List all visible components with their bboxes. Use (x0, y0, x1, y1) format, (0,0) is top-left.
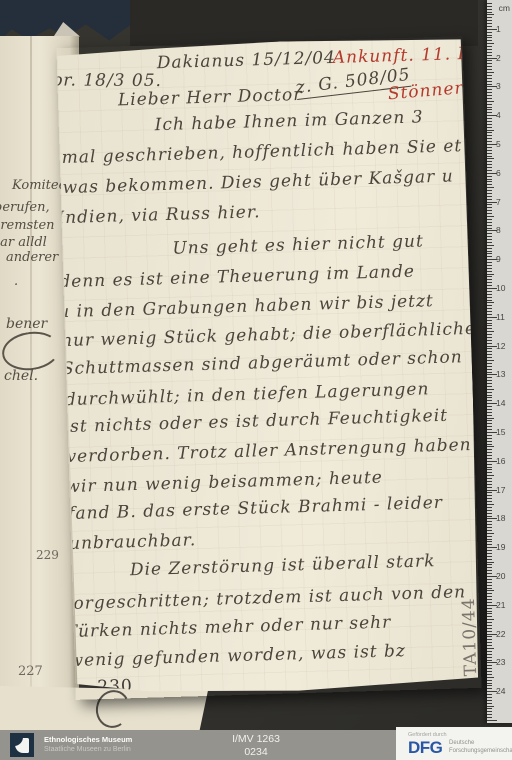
ruler-tick (487, 127, 492, 128)
ruler-tick (487, 49, 492, 50)
arrival-stamp: Ankunft. 11. Ⅲ 1905 (333, 42, 512, 68)
ruler-number: 20 (496, 571, 510, 581)
ruler-tick (487, 588, 492, 589)
ruler-tick (487, 17, 492, 18)
ruler-tick (487, 354, 492, 355)
handwriting-line: Komitee (12, 178, 66, 193)
ruler-number: 14 (496, 398, 510, 408)
ruler-tick (487, 585, 492, 586)
ruler-tick (487, 207, 492, 208)
ruler-tick (487, 72, 494, 73)
ruler-tick (487, 101, 494, 102)
ruler-tick (487, 711, 492, 712)
ruler-tick (487, 449, 492, 450)
ruler-tick (487, 268, 492, 269)
ruler-tick (487, 190, 492, 191)
ruler-tick (487, 216, 494, 217)
funder-name: Deutsche Forschungsgemeinschaft (449, 740, 512, 755)
ruler-tick (487, 253, 492, 254)
ruler-tick (487, 63, 492, 64)
handwriting-line: Die Zerstörung ist überall stark (130, 551, 436, 580)
ruler-tick (487, 43, 494, 44)
ruler-tick (487, 426, 492, 427)
ruler-tick (487, 599, 492, 600)
ruler-tick (487, 660, 492, 661)
ruler-number: 4 (496, 110, 510, 120)
ruler-tick (487, 516, 492, 517)
ruler-tick (487, 677, 494, 678)
ruler-tick (487, 458, 492, 459)
ruler-tick (487, 579, 492, 580)
handwriting-line: 229 (36, 548, 59, 562)
ruler-tick (487, 636, 492, 637)
ruler-tick (487, 377, 492, 378)
ruler-tick (487, 642, 492, 643)
ruler-tick (487, 475, 494, 476)
ruler-tick (487, 645, 492, 646)
handwriting-line: Uns geht es hier nicht gut (172, 231, 424, 258)
handwriting-line: fand B. das erste Stück Brahmi - leider (68, 493, 443, 524)
ruler-tick (487, 141, 492, 142)
ruler-tick (487, 98, 492, 99)
ruler-tick (487, 279, 492, 280)
ruler-tick (487, 32, 492, 33)
ruler-number: 5 (496, 139, 510, 149)
ruler-tick (487, 251, 492, 252)
ruler-tick (487, 654, 492, 655)
ruler-tick (487, 683, 492, 684)
ruler-tick (487, 708, 492, 709)
ruler-tick (487, 9, 492, 10)
ruler-tick (487, 248, 492, 249)
handwriting-line: wenig gefunden worden, was ist bz (68, 641, 406, 671)
handwriting-line: denn es ist eine Theuerung im Lande (59, 262, 415, 293)
ruler-tick (487, 631, 492, 632)
handwriting-line: unbrauchbar. (69, 530, 197, 554)
ruler-tick (487, 366, 492, 367)
handwriting-line: berufen, (0, 200, 50, 215)
ruler-tick (487, 124, 492, 125)
ruler-tick (487, 372, 492, 373)
ruler-tick (487, 360, 494, 361)
handwriting-line: chel. (4, 368, 38, 384)
ruler-tick (487, 524, 492, 525)
ruler-tick (487, 340, 492, 341)
ruler-tick (487, 89, 492, 90)
caption-bar: Ethnologisches Museum Staatliche Museen … (0, 730, 512, 760)
registry-note: pr. 18/3 05. (51, 70, 162, 91)
ruler-tick (487, 135, 492, 136)
funding-panel: Gefördert durch DFG Deutsche Forschungsg… (396, 727, 512, 760)
handwriting-line: Schuttmassen sind abgeräumt oder schon (62, 347, 463, 379)
ruler-number: 2 (496, 53, 510, 63)
ruler-tick (487, 184, 492, 185)
ruler-tick (487, 412, 492, 413)
ruler-tick (487, 291, 492, 292)
ruler-tick (487, 513, 492, 514)
ruler-tick (487, 176, 492, 177)
ruler-tick (487, 507, 492, 508)
ruler-tick (487, 52, 492, 53)
ruler-tick (487, 331, 494, 332)
ruler-tick (487, 487, 492, 488)
ruler-tick (487, 297, 492, 298)
ruler-tick (487, 564, 492, 565)
ruler-number: 16 (496, 456, 510, 466)
ruler-tick (487, 323, 492, 324)
ruler-tick (487, 602, 492, 603)
ruler-tick (487, 60, 492, 61)
ruler-tick (487, 527, 492, 528)
ruler-tick (487, 325, 492, 326)
ruler-tick (487, 694, 492, 695)
ruler-number: 18 (496, 513, 510, 523)
ruler-tick (487, 75, 492, 76)
ruler-tick (487, 553, 492, 554)
ruler-tick (487, 593, 492, 594)
ruler-tick (487, 161, 492, 162)
ruler-tick (487, 343, 492, 344)
handwriting-line: bener (6, 316, 47, 332)
ruler-tick (487, 521, 492, 522)
ruler-tick (487, 112, 492, 113)
ruler-tick (487, 156, 492, 157)
ruler-tick (487, 276, 492, 277)
ruler-tick (487, 418, 494, 419)
ruler-tick (487, 66, 492, 67)
ruler-tick (487, 573, 492, 574)
ruler-number: 13 (496, 369, 510, 379)
ruler-tick (487, 305, 492, 306)
ruler-tick (487, 239, 492, 240)
ruler-tick (487, 274, 494, 275)
ruler-tick (487, 570, 492, 571)
ruler-tick (487, 23, 492, 24)
ruler-tick (487, 536, 492, 537)
handwriting-line: 227 (18, 664, 43, 679)
ruler-tick (487, 397, 492, 398)
ruler-tick (487, 92, 492, 93)
ruler-tick (487, 245, 494, 246)
handwriting-line: ist nichts oder es ist durch Feuchtigkei… (63, 406, 448, 437)
ruler-tick (487, 533, 494, 534)
ruler-tick (487, 392, 492, 393)
ruler-tick (487, 596, 492, 597)
ruler-number: 21 (496, 600, 510, 610)
ruler-tick (487, 271, 492, 272)
ruler-tick (487, 435, 492, 436)
ruler-tick (487, 46, 492, 47)
ruler-tick (487, 302, 494, 303)
ruler-tick (487, 383, 492, 384)
salutation: Lieber Herr Doctor (118, 85, 303, 110)
handwriting-line: wir nun wenig beisammen; heute (65, 468, 383, 497)
ruler-tick (487, 20, 492, 21)
ruler-tick (487, 671, 492, 672)
ruler-tick (487, 265, 492, 266)
handwriting-line: durchwühlt; in den tiefen Lagerungen (65, 379, 430, 410)
ruler-tick (487, 196, 492, 197)
ruler-tick (487, 452, 492, 453)
ruler-tick (487, 121, 492, 122)
funder-name-line2: Forschungsgemeinschaft (449, 748, 512, 756)
ruler-tick (487, 714, 492, 715)
ruler-tick (487, 680, 492, 681)
ruler-tick (487, 674, 492, 675)
ruler-tick (487, 363, 492, 364)
ruler-tick (487, 706, 494, 707)
ruler-tick (487, 478, 492, 479)
handwriting-line: Ich habe Ihnen im Ganzen 3 (154, 107, 423, 135)
ruler-tick (487, 219, 492, 220)
ruler-tick (487, 199, 492, 200)
ruler-tick (487, 282, 492, 283)
ruler-number: 11 (496, 312, 510, 322)
ruler-tick (487, 590, 494, 591)
ruler-tick (487, 484, 492, 485)
handwriting-line: Indien, via Russ hier. (57, 202, 261, 228)
ruler-tick (487, 608, 492, 609)
ruler-tick (487, 130, 494, 131)
ruler-tick (487, 153, 492, 154)
signature-flourish (0, 328, 62, 374)
funder-name-line1: Deutsche (449, 740, 512, 748)
ruler-tick (487, 158, 494, 159)
ruler-number: 17 (496, 485, 510, 495)
ruler-tick (487, 639, 492, 640)
ruler-tick (487, 357, 492, 358)
ruler-tick (487, 213, 492, 214)
ruler-tick (487, 628, 492, 629)
ruler-tick (487, 104, 492, 105)
ruler-tick (487, 455, 492, 456)
ruler-tick (487, 510, 492, 511)
ruler-tick (487, 657, 492, 658)
ruler-tick (487, 337, 492, 338)
ruler-tick (487, 406, 492, 407)
ruler-tick (487, 697, 492, 698)
ruler-tick (487, 409, 492, 410)
ruler-tick (487, 95, 492, 96)
ruler-tick (487, 395, 492, 396)
ruler-tick (487, 262, 492, 263)
ruler-tick (487, 236, 492, 237)
ruler-tick (487, 386, 492, 387)
ruler-tick (487, 472, 492, 473)
ruler-tick (487, 164, 492, 165)
ruler-tick (487, 35, 492, 36)
archival-scan: Komiteeberufen,gremstenlar alldlanderer.… (0, 0, 512, 760)
ruler-tick (487, 170, 492, 171)
ruler-tick (487, 720, 497, 721)
ruler-tick (487, 651, 492, 652)
ruler-tick (487, 118, 492, 119)
ruler-tick (487, 444, 492, 445)
ruler-tick (487, 55, 492, 56)
ruler-tick (487, 685, 492, 686)
ruler-tick (487, 438, 492, 439)
ruler-number: 6 (496, 168, 510, 178)
ruler-tick (487, 665, 492, 666)
ruler-tick (487, 14, 494, 15)
ruler-tick (487, 26, 492, 27)
ruler-tick (487, 308, 492, 309)
ruler-tick (487, 464, 492, 465)
ruler-tick (487, 348, 492, 349)
ruler-tick (487, 300, 492, 301)
ruler-tick (487, 688, 492, 689)
ruler-tick (487, 703, 492, 704)
ruler-tick (487, 582, 492, 583)
handwriting-line: u in den Grabungen haben wir bis jetzt (58, 291, 434, 322)
ruler-tick (487, 550, 492, 551)
ruler-tick (487, 622, 492, 623)
ruler-tick (487, 389, 494, 390)
ruler-number: 23 (496, 657, 510, 667)
ruler-tick (487, 556, 492, 557)
ruler-tick (487, 423, 492, 424)
ruler-tick (487, 222, 492, 223)
ruler-tick (487, 544, 492, 545)
ruler-tick (487, 469, 492, 470)
ruler-tick (487, 84, 492, 85)
ruler-tick (487, 181, 492, 182)
ruler-tick (487, 539, 492, 540)
ruler-tick (487, 107, 492, 108)
ruler-number: 9 (496, 254, 510, 264)
ruler-tick (487, 285, 492, 286)
ruler-number: 7 (496, 197, 510, 207)
ruler-tick (487, 167, 492, 168)
ruler-tick (487, 559, 492, 560)
ruler: cm 1234567891011121314151617181920212223… (487, 0, 512, 723)
ruler-tick (487, 501, 492, 502)
ruler-tick (487, 530, 492, 531)
ruler-tick (487, 567, 492, 568)
ruler-tick (487, 132, 492, 133)
ruler-tick (487, 81, 492, 82)
handwriting-line: lar alldl (0, 235, 47, 250)
ruler-tick (487, 179, 492, 180)
ruler-tick (487, 429, 492, 430)
ruler-number: 3 (496, 81, 510, 91)
ruler-number: 22 (496, 629, 510, 639)
ruler-tick (487, 37, 492, 38)
ruler-number: 15 (496, 427, 510, 437)
ruler-tick (487, 78, 492, 79)
ruler-tick (487, 700, 492, 701)
ruler-tick (487, 498, 492, 499)
ruler-tick (487, 69, 492, 70)
ruler-tick (487, 420, 492, 421)
ruler-tick (487, 619, 494, 620)
ruler-tick (487, 492, 492, 493)
letter-page: pr. 18/3 05. Dakianus 15/12/04 Ankunft. … (56, 36, 481, 700)
dfg-logo: DFG (408, 738, 442, 758)
ruler-tick (487, 320, 492, 321)
ruler-tick (487, 3, 492, 4)
ruler-tick (487, 446, 494, 447)
ruler-tick (487, 625, 492, 626)
ruler-tick (487, 717, 492, 718)
ruler-tick (487, 225, 492, 226)
ruler-tick (487, 668, 492, 669)
ruler-tick (487, 233, 492, 234)
handwriting-line: vorgeschritten; trotzdem ist auch von de… (63, 582, 467, 614)
ruler-number: 10 (496, 283, 510, 293)
handwriting-line: nur wenig Stück gehabt; die oberflächlic… (61, 318, 488, 351)
dateline: Dakianus 15/12/04 (157, 48, 337, 73)
ruler-tick (487, 138, 492, 139)
ruler-tick (487, 613, 492, 614)
ruler-tick (487, 380, 492, 381)
ruler-tick (487, 616, 492, 617)
handwriting-line: was bekommen. Dies geht über Kašgar u (62, 166, 454, 198)
ruler-tick (487, 369, 492, 370)
handwriting-line: anderer (6, 250, 58, 265)
ruler-tick (487, 210, 492, 211)
ruler-tick (487, 495, 492, 496)
ruler-tick (487, 314, 492, 315)
ruler-tick (487, 541, 492, 542)
ruler-unit-label: cm (499, 3, 510, 13)
ruler-tick (487, 611, 492, 612)
ruler-tick (487, 6, 492, 7)
ruler-tick (487, 12, 492, 13)
ruler-tick (487, 351, 492, 352)
ruler-tick (487, 328, 492, 329)
ruler-tick (487, 193, 492, 194)
ruler-tick (487, 187, 494, 188)
handwriting-line: Türken nichts mehr oder nur sehr (65, 612, 391, 642)
ruler-tick (487, 294, 492, 295)
ruler-number: 19 (496, 542, 510, 552)
ruler-number: 1 (496, 24, 510, 34)
ruler-tick (487, 150, 492, 151)
ruler-tick (487, 242, 492, 243)
ruler-tick (487, 648, 494, 649)
ruler-tick (487, 481, 492, 482)
ruler-tick (487, 415, 492, 416)
ruler-tick (487, 504, 494, 505)
handwriting-line: verdorben. Trotz aller Anstrengung haben (66, 435, 472, 467)
ruler-number: 24 (496, 686, 510, 696)
ruler-tick (487, 562, 494, 563)
ruler-number: 8 (496, 225, 510, 235)
ruler-tick (487, 400, 492, 401)
ruler-tick (487, 147, 492, 148)
ruler-tick (487, 40, 492, 41)
ruler-tick (487, 228, 492, 229)
handwriting-line: . (14, 274, 18, 289)
ruler-tick (487, 334, 492, 335)
ruler-number: 12 (496, 341, 510, 351)
ruler-tick (487, 467, 492, 468)
ruler-tick (487, 311, 492, 312)
ruler-tick (487, 109, 492, 110)
handwriting-line: gremsten (0, 218, 55, 233)
ruler-tick (487, 441, 492, 442)
ruler-tick (487, 204, 492, 205)
ruler-tick (487, 256, 492, 257)
handwriting-line: mal geschrieben, hoffentlich haben Sie e… (61, 136, 462, 168)
